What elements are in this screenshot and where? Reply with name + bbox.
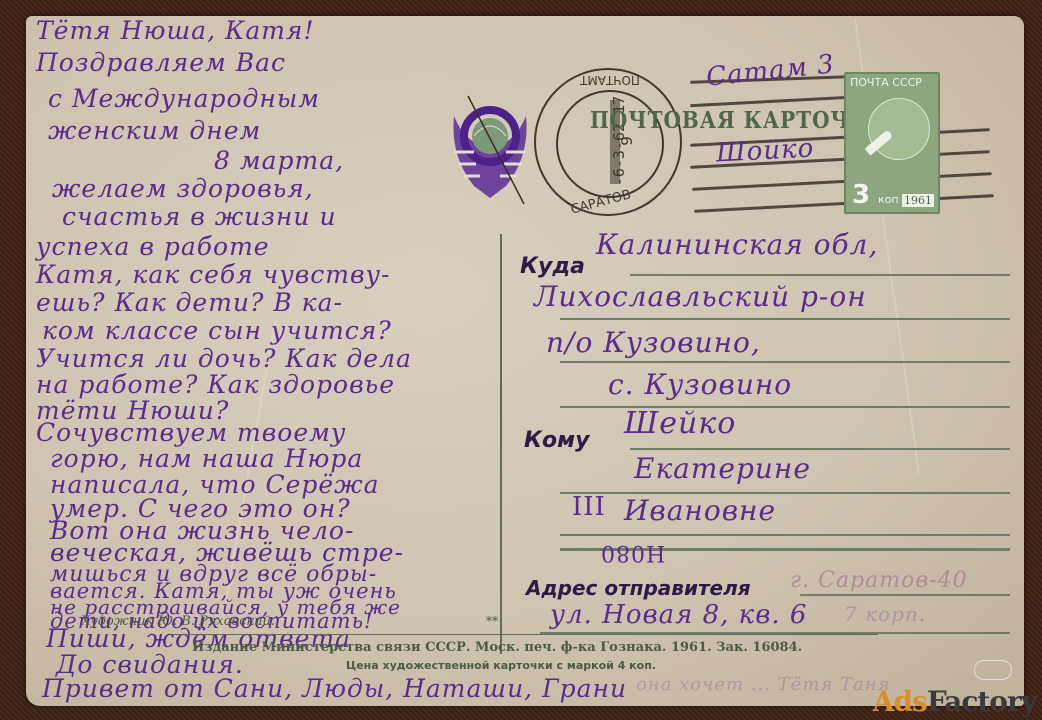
- to-line-3: п/о Кузовино,: [546, 326, 761, 359]
- sender-label: Адрес отправителя: [526, 576, 751, 600]
- postmark-office: ПОЧТАМТ: [580, 73, 640, 87]
- message-line: ком классе сын учится?: [42, 318, 392, 344]
- message-line: Поздравляем Вас: [36, 50, 286, 76]
- price-line: Цена художественной карточки с маркой 4 …: [346, 659, 656, 672]
- recipient-label: Кому: [524, 428, 589, 453]
- sender-line-2: ул. Новая 8, кв. 6: [550, 600, 807, 630]
- watermark-logo: AdsFactory: [873, 685, 1036, 718]
- globe-icon: [868, 98, 930, 160]
- message-line: с Международным: [48, 86, 320, 112]
- cancel-line: [692, 172, 992, 191]
- message-line: горю, нам наша Нюра: [50, 446, 363, 472]
- address-line: [800, 594, 1010, 596]
- recipient-line-3: Ивановне: [624, 494, 776, 527]
- message-line: 8 марта,: [214, 148, 344, 174]
- stamp-value: 3: [852, 180, 870, 210]
- address-line: [630, 448, 1010, 450]
- artist-mark: **: [486, 614, 498, 628]
- message-line: Сочувствуем твоему: [36, 420, 346, 446]
- stamp-header: ПОЧТА СССР: [850, 76, 934, 89]
- stamp-year: 1961: [902, 194, 934, 207]
- recipient-note: III: [572, 492, 606, 522]
- postage-stamp: ПОЧТА СССР 3 коп 1961: [844, 72, 940, 214]
- message-line: на работе? Как здоровье: [36, 372, 395, 398]
- message-line: Катя, как себя чувству-: [36, 262, 390, 288]
- message-line: успеха в работе: [36, 234, 270, 260]
- recipient-line-1: Шейко: [624, 406, 736, 441]
- to-line-2: Лихославльский р-он: [534, 280, 867, 313]
- message-line: счастья в жизни и: [62, 204, 337, 230]
- ussr-emblem-icon: [444, 86, 536, 204]
- sender-faint: 7 корп.: [844, 602, 926, 626]
- postmark: ПОЧТАМТ -6-3-62 17 9 САРАТОВ: [534, 68, 682, 216]
- address-line: [560, 361, 1010, 363]
- postmark-number: 9: [618, 136, 636, 146]
- message-line: ешь? Как дети? В ка-: [36, 290, 343, 316]
- publisher-line: Издание Министерства связи СССР. Моск. п…: [192, 640, 802, 655]
- to-label: Куда: [520, 254, 585, 279]
- message-line: Тётя Нюша, Катя!: [36, 18, 315, 44]
- cancel-overwrite-1: Сатам 3: [705, 49, 836, 92]
- card-title: ПОЧТОВАЯ КАРТОЧКА: [590, 106, 886, 134]
- postal-code: Н080: [600, 540, 665, 565]
- address-line: [630, 274, 1010, 276]
- postcard: ПОЧТАМТ -6-3-62 17 9 САРАТОВ ПОЧТОВАЯ КА…: [26, 16, 1024, 706]
- message-line: желаем здоровья,: [52, 176, 314, 202]
- recipient-line-2: Екатерине: [634, 452, 811, 485]
- address-line: [560, 534, 1010, 536]
- message-line: женским днем: [48, 118, 261, 144]
- watermark-cloud-icon: [974, 660, 1012, 680]
- artist-credit: Художник Ю. В. Ряховский.: [81, 614, 275, 629]
- message-line: Учится ли дочь? Как дела: [36, 346, 412, 372]
- to-line-1: Калининская обл,: [596, 228, 878, 261]
- message-line: Привет от Сани, Люды, Наташи, Грани: [42, 676, 627, 702]
- message-faint-tail: она хочет ... Тётя Таня: [636, 672, 891, 698]
- sender-line-1: г. Саратов-40: [790, 568, 968, 593]
- address-line: [560, 318, 1010, 320]
- to-line-4: с. Кузовино: [608, 368, 792, 401]
- address-divider: [500, 234, 502, 654]
- cancel-overwrite-2: Шойко: [715, 133, 815, 168]
- stamp-unit: коп: [878, 193, 899, 206]
- footer-rule: [170, 634, 878, 635]
